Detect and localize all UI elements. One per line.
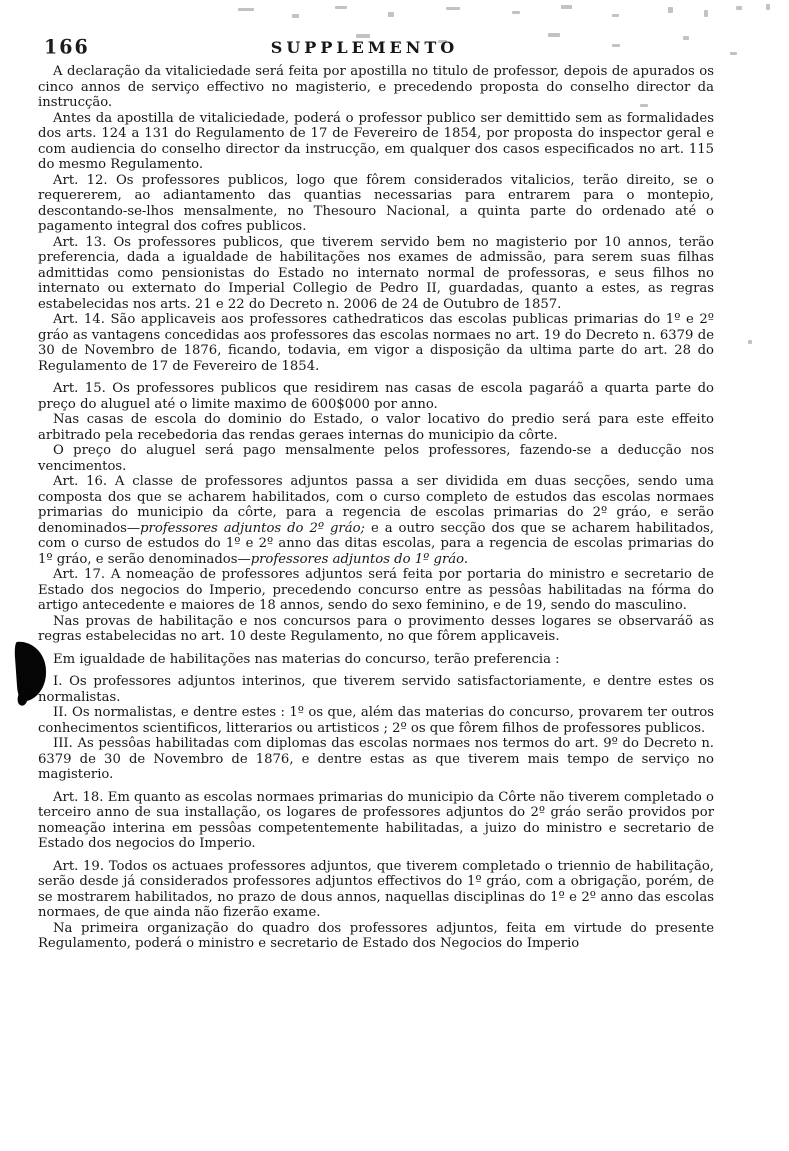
paragraph: O preço do aluguel será pago mensalmente… <box>38 443 714 474</box>
paragraph: Nas casas de escola do dominio do Estado… <box>38 412 714 443</box>
paragraph: Na primeira organização do quadro dos pr… <box>38 921 714 952</box>
body-text: Nas casas de escola do dominio do Estado… <box>38 412 714 443</box>
paragraph: Art. 18. Em quanto as escolas normaes pr… <box>38 790 714 852</box>
paragraph: Art. 17. A nomeação de professores adjun… <box>38 567 714 614</box>
paragraph: Art. 15. Os professores publicos que res… <box>38 381 714 412</box>
body-text: Art. 18. Em quanto as escolas normaes pr… <box>38 790 714 852</box>
body-text: Art. 12. Os professores publicos, logo q… <box>38 173 714 235</box>
body-text: Art. 15. Os professores publicos que res… <box>38 381 714 412</box>
body-text: I. Os professores adjuntos interinos, qu… <box>38 674 714 705</box>
page-header: 166 SUPPLEMENTO <box>0 34 789 60</box>
emphasized-text: professores adjuntos do 2º gráo; <box>140 521 365 536</box>
document-page: 166 SUPPLEMENTO A declaração da vitalici… <box>0 0 789 1151</box>
paragraph: III. As pessôas habilitadas com diplomas… <box>38 736 714 783</box>
body-text: Na primeira organização do quadro dos pr… <box>38 921 714 952</box>
paragraph: Art. 19. Todos os actuaes professores ad… <box>38 859 714 921</box>
emphasized-text: professores adjuntos do 1º gráo. <box>251 552 468 567</box>
article: A declaração da vitaliciedade será feita… <box>38 64 714 952</box>
body-text: O preço do aluguel será pago mensalmente… <box>38 443 714 474</box>
paragraph: II. Os normalistas, e dentre estes : 1º … <box>38 705 714 736</box>
body-text: Antes da apostilla de vitaliciedade, pod… <box>38 111 714 173</box>
body-text: A declaração da vitaliciedade será feita… <box>38 64 714 110</box>
body-text: II. Os normalistas, e dentre estes : 1º … <box>38 705 714 736</box>
paragraph: I. Os professores adjuntos interinos, qu… <box>38 674 714 705</box>
paragraph: Em igualdade de habilitações nas materia… <box>38 652 714 668</box>
paragraph: Art. 16. A classe de professores adjunto… <box>38 474 714 567</box>
body-text: Art. 13. Os professores publicos, que ti… <box>38 235 714 312</box>
paragraph: A declaração da vitaliciedade será feita… <box>38 64 714 111</box>
body-text: Nas provas de habilitação e nos concurso… <box>38 614 714 645</box>
paragraph: Nas provas de habilitação e nos concurso… <box>38 614 714 645</box>
paragraph: Antes da apostilla de vitaliciedade, pod… <box>38 111 714 173</box>
paragraph: Art. 12. Os professores publicos, logo q… <box>38 173 714 235</box>
body-text: Art. 14. São applicaveis aos professores… <box>38 312 714 374</box>
body-text: III. As pessôas habilitadas com diplomas… <box>38 736 714 782</box>
body-text: Art. 19. Todos os actuaes professores ad… <box>38 859 714 921</box>
paragraph: Art. 13. Os professores publicos, que ti… <box>38 235 714 313</box>
body-text: Em igualdade de habilitações nas materia… <box>53 652 560 667</box>
paragraph: Art. 14. São applicaveis aos professores… <box>38 312 714 374</box>
body-text: Art. 17. A nomeação de professores adjun… <box>38 567 714 613</box>
page-title: SUPPLEMENTO <box>0 38 729 57</box>
